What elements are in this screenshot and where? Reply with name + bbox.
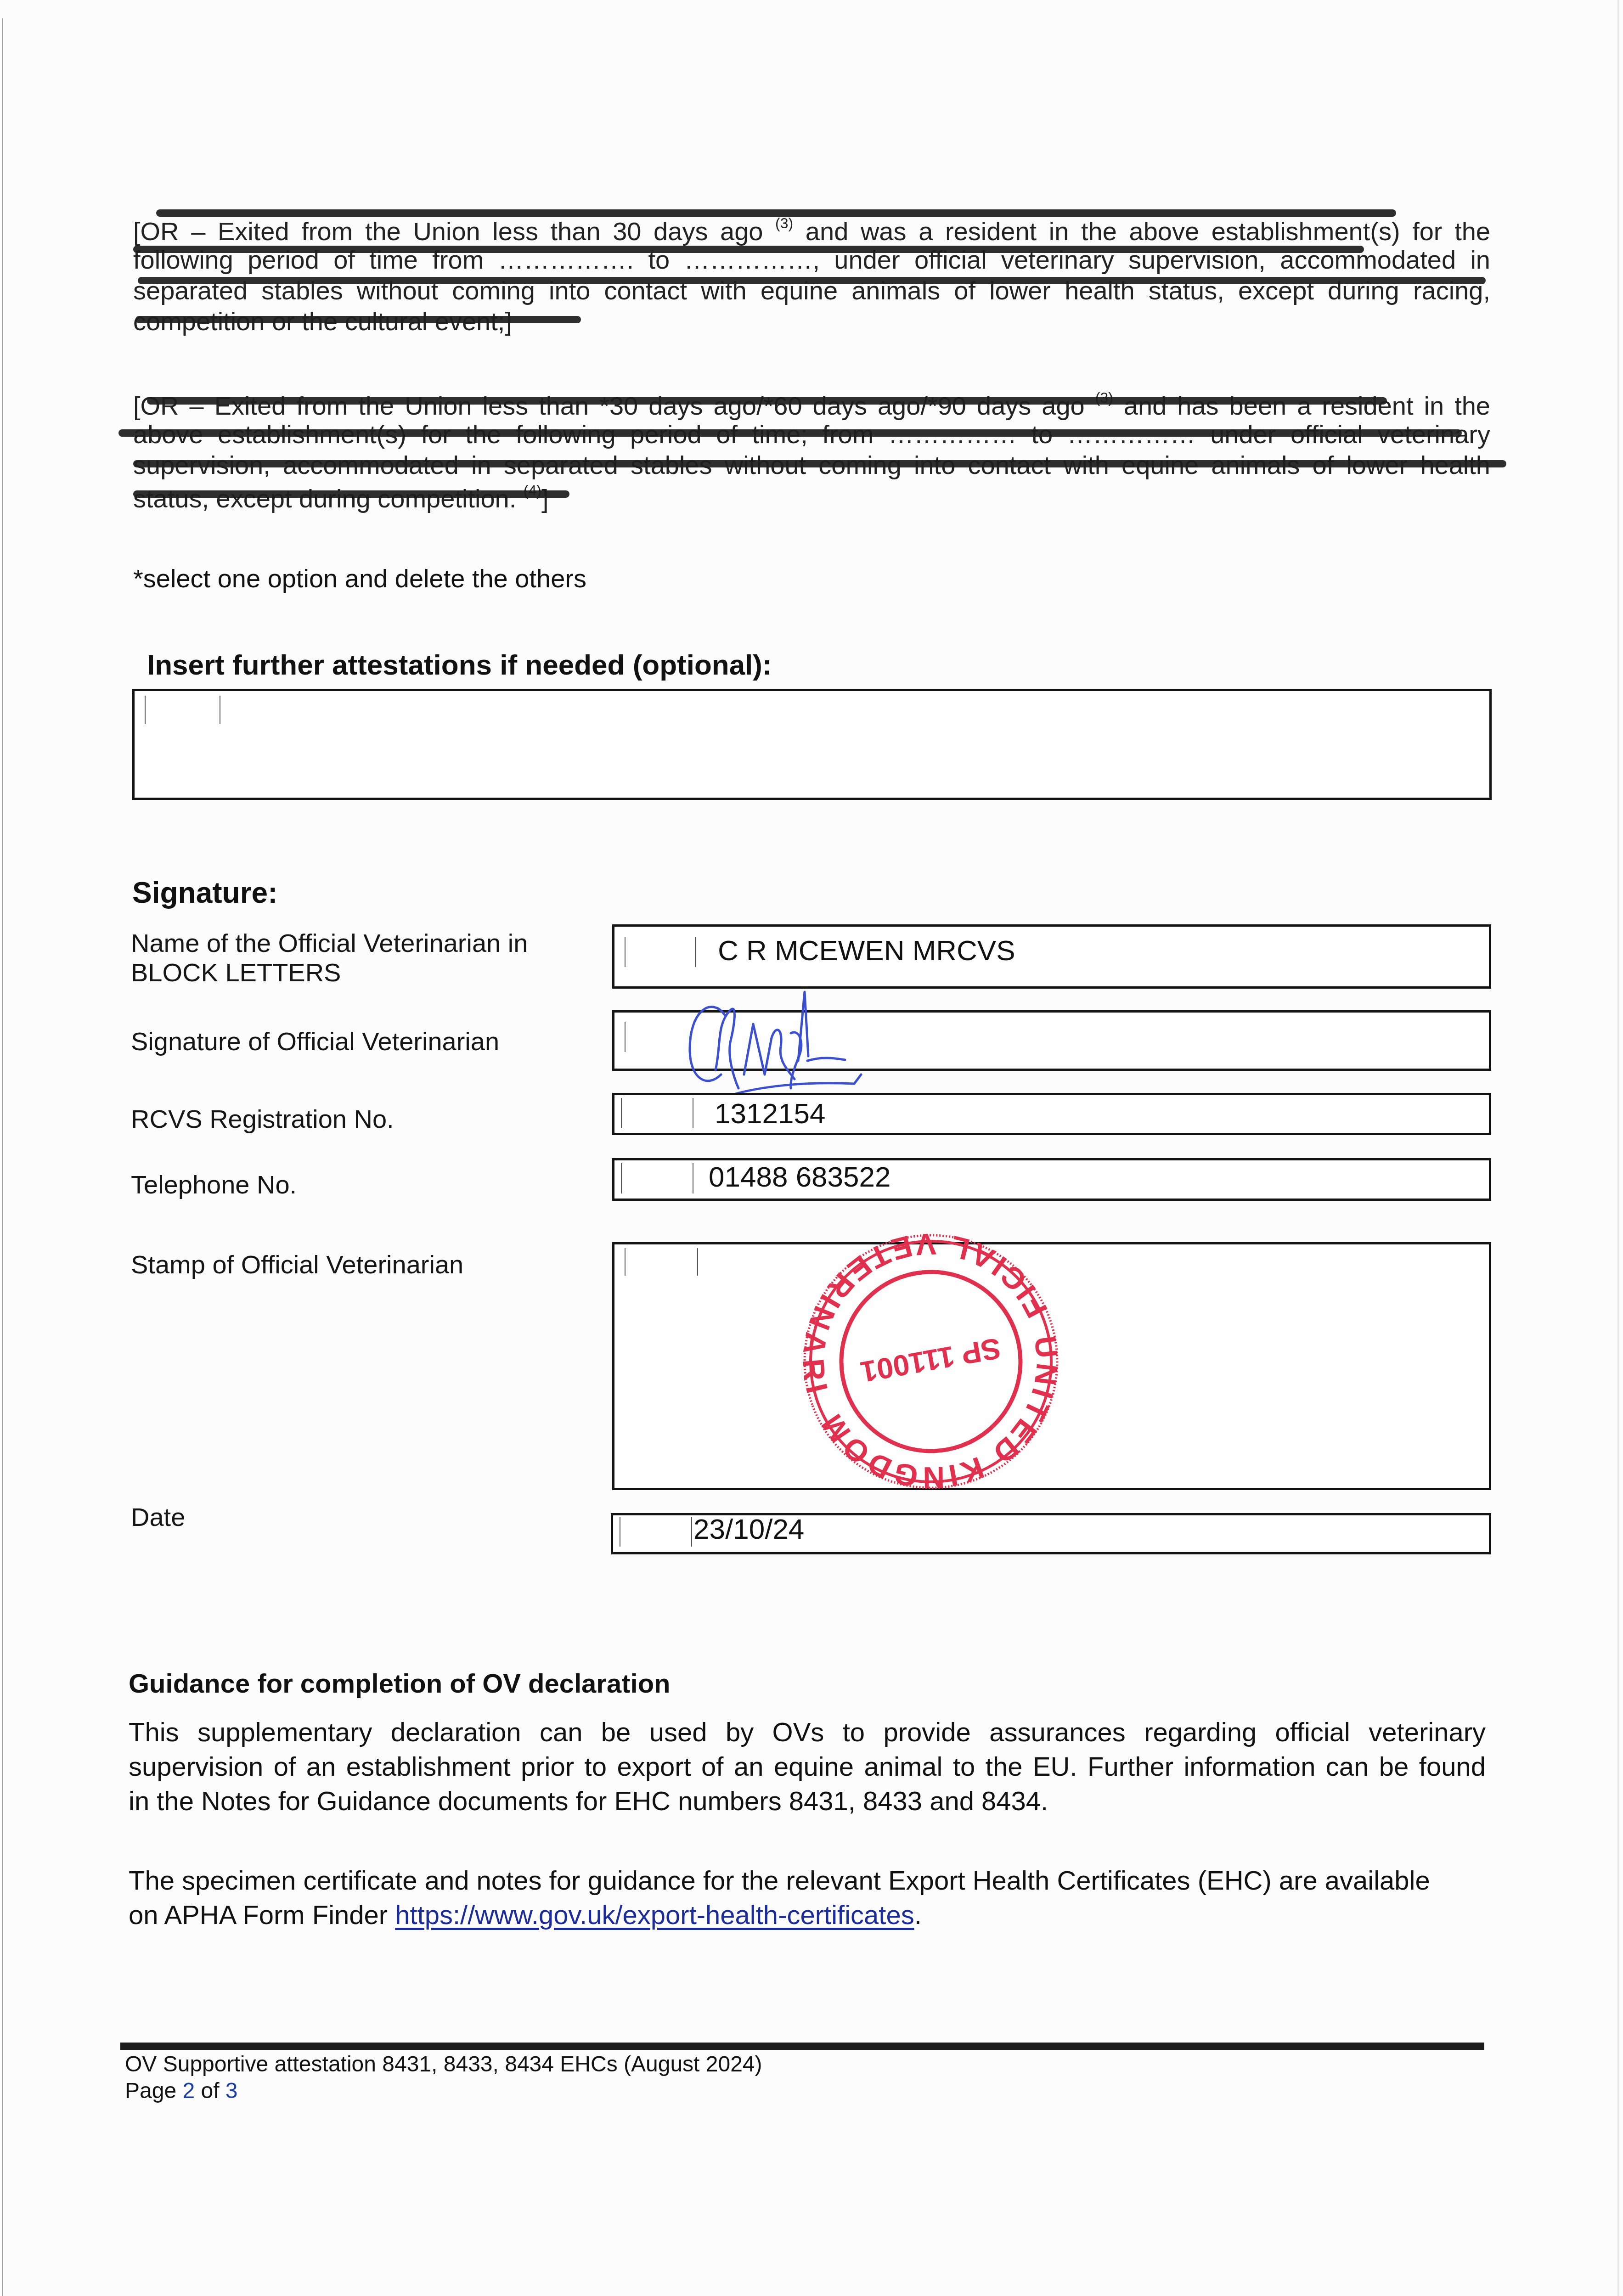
- scan-page-edge-left: [2, 18, 3, 2296]
- scan-page-edge-right: [1617, 0, 1619, 2296]
- strikethrough-bar: [133, 246, 1364, 253]
- signature-heading: Signature:: [132, 878, 277, 907]
- signature-label: Signature of Official Veterinarian: [131, 1027, 499, 1056]
- rcvs-registration-field[interactable]: 1312154: [612, 1093, 1491, 1135]
- field-marker: [625, 1248, 626, 1276]
- field-marker: [693, 1163, 693, 1193]
- field-marker: [620, 1517, 620, 1547]
- current-page: 2: [182, 2079, 195, 2103]
- further-attestations-field[interactable]: [132, 689, 1492, 800]
- strikethrough-bar: [133, 490, 569, 498]
- export-health-certificates-link[interactable]: https://www.gov.uk/export-health-certifi…: [395, 1900, 914, 1930]
- official-vet-name-value: C R MCEWEN MRCVS: [718, 937, 1015, 965]
- total-pages: 3: [225, 2079, 238, 2103]
- footer-divider: [120, 2043, 1484, 2050]
- strikethrough-bar: [147, 397, 1387, 405]
- name-label: Name of the Official Veterinarian in BLO…: [131, 929, 528, 988]
- svg-text:SP 111001: SP 111001: [858, 1332, 1003, 1389]
- field-marker: [621, 1163, 622, 1193]
- telephone-label: Telephone No.: [131, 1170, 297, 1199]
- field-marker: [691, 1517, 692, 1547]
- telephone-field[interactable]: 01488 683522: [612, 1158, 1491, 1201]
- guidance-heading: Guidance for completion of OV declaratio…: [129, 1671, 670, 1697]
- further-attestations-heading: Insert further attestations if needed (o…: [147, 651, 772, 680]
- date-field[interactable]: 23/10/24: [611, 1513, 1491, 1554]
- official-vet-name-field[interactable]: C R MCEWEN MRCVS: [612, 924, 1491, 989]
- strikethrough-bar: [133, 460, 1506, 467]
- field-marker: [625, 1022, 626, 1052]
- field-marker: [693, 1098, 693, 1128]
- strikethrough-bar: [135, 316, 581, 323]
- telephone-value: 01488 683522: [709, 1163, 891, 1192]
- handwritten-signature: [684, 983, 905, 1102]
- page-number: Page 2 of 3: [125, 2080, 238, 2102]
- guidance-paragraph-2: The specimen certificate and notes for g…: [129, 1863, 1486, 1932]
- footer-title: OV Supportive attestation 8431, 8433, 84…: [125, 2054, 762, 2076]
- guidance-paragraph-1: This supplementary declaration can be us…: [129, 1715, 1486, 1818]
- select-note: *select one option and delete the others: [133, 566, 586, 591]
- strikethrough-bar: [118, 429, 1462, 437]
- rcvs-registration-value: 1312154: [715, 1100, 825, 1128]
- date-label: Date: [131, 1503, 185, 1532]
- struck-line: [OR – Exited from the Union less than 30…: [133, 216, 1490, 244]
- official-veterinarian-stamp: UNITED KINGDOM OFFICIAL VETERINARIAN SP …: [800, 1231, 1062, 1492]
- field-marker: [625, 937, 626, 967]
- stamp-label: Stamp of Official Veterinarian: [131, 1250, 463, 1279]
- struck-line: [OR – Exited from the Union less than *3…: [133, 390, 1490, 419]
- field-marker: [695, 937, 696, 967]
- date-value: 23/10/24: [693, 1515, 804, 1544]
- strikethrough-bar: [138, 277, 1486, 284]
- field-marker: [145, 696, 146, 724]
- rcvs-label: RCVS Registration No.: [131, 1104, 394, 1134]
- field-marker: [697, 1248, 698, 1276]
- strikethrough-bar: [156, 209, 1396, 217]
- footnote-ref: (3): [775, 215, 793, 231]
- field-marker: [220, 696, 220, 724]
- field-marker: [621, 1098, 622, 1128]
